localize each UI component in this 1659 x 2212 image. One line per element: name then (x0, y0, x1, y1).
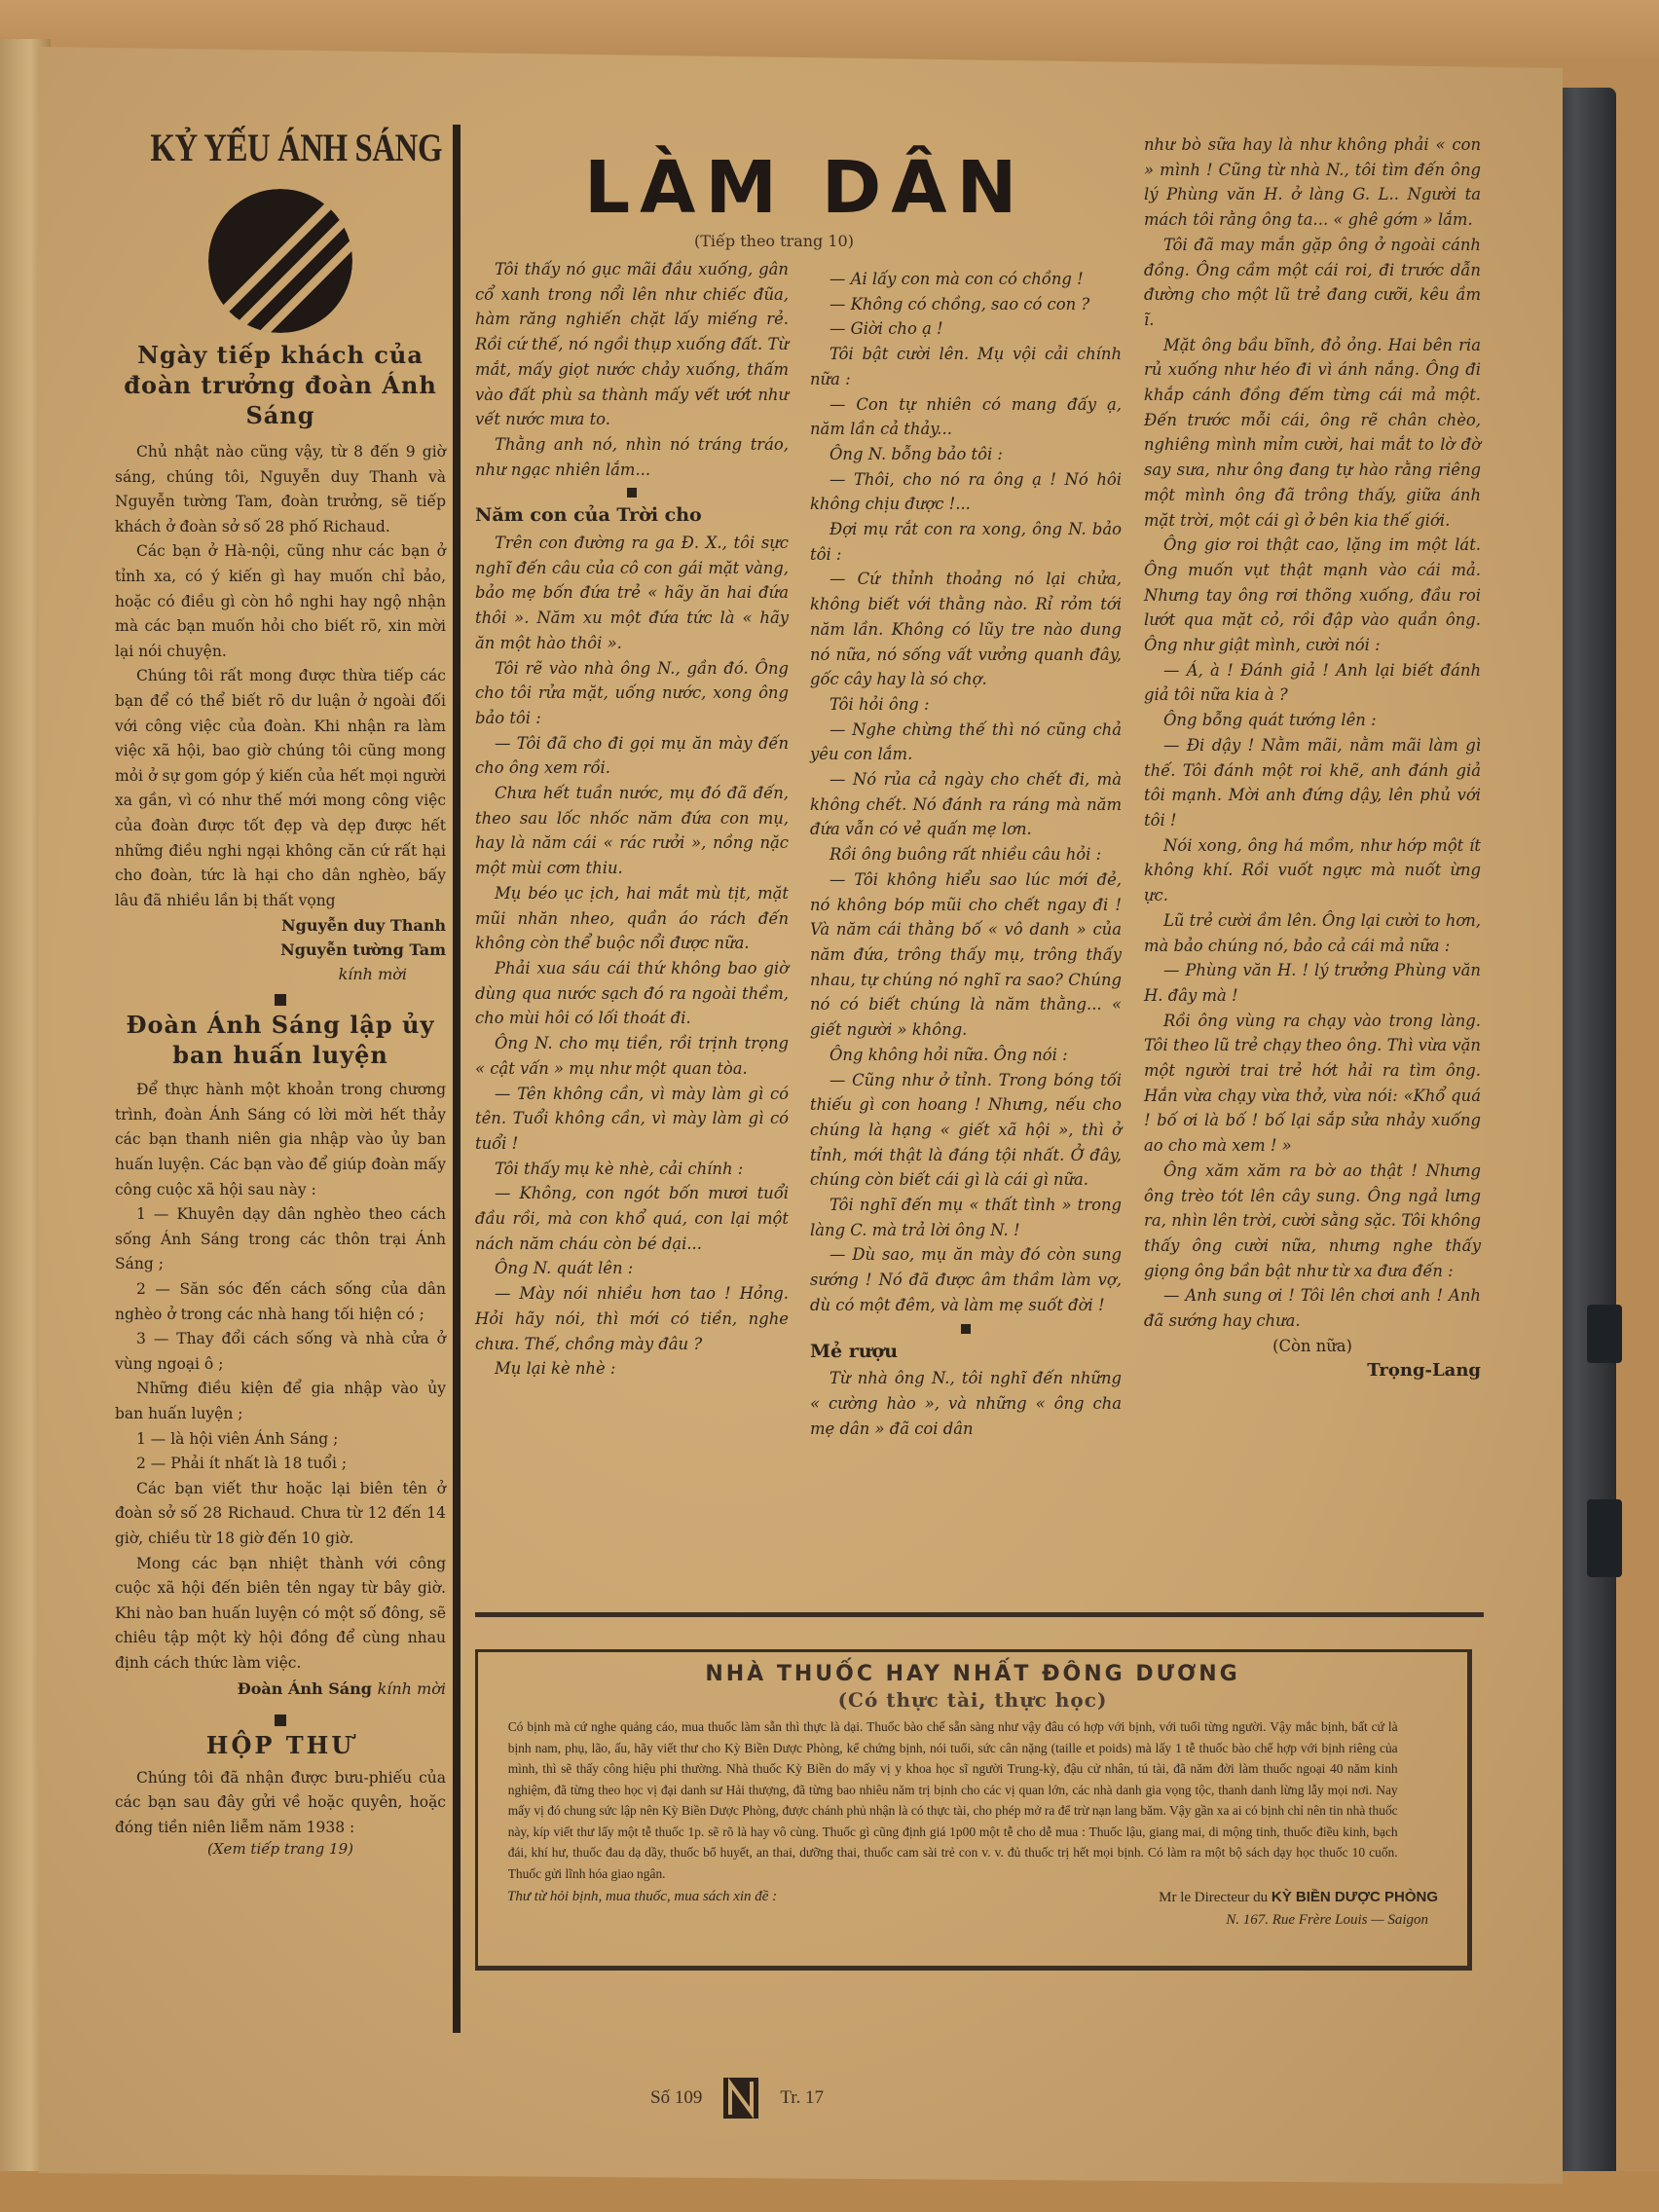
ad-subtitle: (Có thực tài, thực học) (478, 1688, 1467, 1712)
section-heading: HỘP THƯ (115, 1730, 446, 1760)
paragraph: Mụ lại kè nhè : (475, 1356, 789, 1382)
paragraph: Mụ béo ục ịch, hai mắt mù tịt, mặt mũi n… (475, 881, 789, 956)
paragraph: Ông bỗng quát tướng lên : (1144, 708, 1481, 733)
paragraph: Trên con đường ra ga Đ. X., tôi sực nghĩ… (475, 531, 789, 656)
article-column-1: Tôi thấy nó gục mãi đầu xuống, gân cổ xa… (475, 257, 789, 1382)
paragraph: Ông giơ roi thật cao, lặng im một lát. Ô… (1144, 533, 1481, 658)
ad-top-rule (475, 1612, 1484, 1617)
ad-title: NHÀ THUỐC HAY NHẤT ĐÔNG DƯƠNG (478, 1662, 1467, 1686)
paragraph: Tôi nghĩ đến mụ « thất tình » trong làng… (810, 1193, 1122, 1242)
paragraph: — Con tự nhiên có mang đấy ạ, năm lần cả… (810, 392, 1122, 442)
paragraph: Tôi thấy mụ kè nhè, cải chính : (475, 1157, 789, 1182)
paragraph: — Dù sao, mụ ăn mày đó còn sung sướng ! … (810, 1242, 1122, 1317)
paragraph: Chúng tôi rất mong được thừa tiếp các bạ… (115, 664, 446, 913)
paragraph: — Tôi đã cho đi gọi mụ ăn mày đến cho ôn… (475, 731, 789, 781)
paragraph: Phải xua sáu cái thứ không bao giờ dùng … (475, 956, 789, 1031)
paragraph: Từ nhà ông N., tôi nghĩ đến những « cườn… (810, 1366, 1122, 1441)
anh-sang-emblem-icon (203, 188, 358, 334)
signature: Đoàn Ánh Sáng (238, 1679, 372, 1698)
paragraph: 3 — Thay đổi cách sống và nhà cửa ở vùng… (115, 1327, 446, 1377)
paragraph: Các bạn ở Hà-nội, cũng như các bạn ở tỉn… (115, 539, 446, 664)
paragraph: Rồi ông vùng ra chạy vào trong làng. Tôi… (1144, 1009, 1481, 1159)
section-separator (275, 994, 286, 1006)
advertisement-box: NHÀ THUỐC HAY NHẤT ĐÔNG DƯƠNG (Có thực t… (475, 1649, 1472, 1971)
paragraph: Tôi hỏi ông : (810, 692, 1122, 718)
paragraph: — Mày nói nhiều hơn tao ! Hỏng. Hỏi hãy … (475, 1281, 789, 1356)
paragraph: — Thôi, cho nó ra ông ạ ! Nó hôi không c… (810, 467, 1122, 517)
signature-note: kính mời (115, 962, 446, 986)
subsection-heading: Mẻ rượu (810, 1340, 1122, 1365)
ad-recipient-name: KỲ BIỀN DƯỢC PHÒNG (1272, 1889, 1438, 1905)
paragraph: — Cũng như ở tỉnh. Trong bóng tối thiếu … (810, 1068, 1122, 1194)
continued-note: (Xem tiếp trang 19) (115, 1840, 446, 1858)
paragraph: — Nó rủa cả ngày cho chết đi, mà không c… (810, 767, 1122, 842)
paragraph: Thằng anh nó, nhìn nó tráng tráo, như ng… (475, 432, 789, 482)
continued-note: (Còn nữa) (1144, 1334, 1481, 1359)
paragraph: Tôi bật cười lên. Mụ vội cải chính nữa : (810, 342, 1122, 391)
ad-contact-label: Thư từ hỏi bịnh, mua thuốc, mua sách xin… (507, 1889, 777, 1905)
signature: Nguyễn tường Tam (115, 938, 446, 962)
paragraph: Tôi đã may mắn gặp ông ở ngoài cánh đồng… (1144, 233, 1481, 333)
article-column-3: như bò sữa hay là như không phải « con »… (1144, 132, 1481, 1383)
paragraph: Các bạn viết thư hoặc lại biên tên ở đoà… (115, 1477, 446, 1552)
paragraph: Chủ nhật nào cũng vậy, từ 8 đến 9 giờ sá… (115, 440, 446, 539)
page-number: Tr. 17 (780, 2087, 824, 2109)
paragraph: 1 — Khuyên dạy dân nghèo theo cách sống … (115, 1202, 446, 1277)
column-rule (453, 125, 461, 2033)
paragraph: Ông N. cho mụ tiền, rồi trịnh trọng « cậ… (475, 1031, 789, 1081)
paragraph: — Không có chồng, sao có con ? (810, 292, 1122, 317)
paragraph: như bò sữa hay là như không phải « con »… (1144, 132, 1481, 233)
paragraph: 1 — là hội viên Ánh Sáng ; (115, 1427, 446, 1453)
paragraph: Rồi ông buông rất nhiều câu hỏi : (810, 842, 1122, 867)
paragraph: — Anh sung ơi ! Tôi lên chơi anh ! Anh đ… (1144, 1283, 1481, 1333)
binding-tab (1587, 1499, 1622, 1577)
binding-tab (1587, 1305, 1622, 1363)
masthead: KỶ YẾU ÁNH SÁNG (129, 125, 463, 170)
paragraph: — Đi dậy ! Nằm mãi, nằm mãi làm gì thế. … (1144, 733, 1481, 833)
paragraph: 2 — Phải ít nhất là 18 tuổi ; (115, 1452, 446, 1477)
paragraph: Nói xong, ông há mồm, như hớp một ít khô… (1144, 833, 1481, 908)
desk-background (0, 0, 1659, 58)
paragraph: Đợi mụ rắt con ra xong, ông N. bảo tôi : (810, 517, 1122, 567)
article-column-2: — Ai lấy con mà con có chồng !— Không có… (810, 267, 1122, 1441)
issue-number: Số 109 (650, 2087, 702, 2109)
paragraph: Mong các bạn nhiệt thành với công cuộc x… (115, 1552, 446, 1677)
paragraph: — Nghe chừng thế thì nó cũng chả yêu con… (810, 718, 1122, 767)
paragraph: — Tôi không hiểu sao lúc mới đẻ, nó khôn… (810, 867, 1122, 1043)
paragraph: Lũ trẻ cười ầm lên. Ông lại cười to hơn,… (1144, 908, 1481, 958)
paragraph: Ông N. bỗng bảo tôi : (810, 442, 1122, 467)
subsection-heading: Năm con của Trời cho (475, 503, 789, 529)
paragraph: Ông xăm xăm ra bờ ao thật ! Nhưng ông tr… (1144, 1159, 1481, 1284)
paragraph: — Á, à ! Đánh giả ! Anh lại biết đánh gi… (1144, 658, 1481, 708)
paragraph: Tôi rẽ vào nhà ông N., gần đó. Ông cho t… (475, 656, 789, 731)
paragraph: — Giời cho ạ ! (810, 316, 1122, 342)
signature-note: kính mời (378, 1679, 446, 1698)
paragraph: Để thực hành một khoản trong chương trìn… (115, 1078, 446, 1202)
ad-body: Có bịnh mà cứ nghe quảng cáo, mua thuốc … (478, 1717, 1427, 1885)
paragraph: Chúng tôi đã nhận được bưu-phiếu của các… (115, 1766, 446, 1841)
paragraph: Mặt ông bầu bĩnh, đỏ ỏng. Hai bên ria rủ… (1144, 333, 1481, 534)
ngay-nay-monogram-icon (721, 2076, 760, 2120)
paragraph: Ông không hỏi nữa. Ông nói : (810, 1043, 1122, 1068)
author-byline: Trọng-Lang (1144, 1358, 1481, 1383)
signature: Nguyễn duy Thanh (115, 913, 446, 938)
section-separator (627, 488, 637, 498)
paragraph: 2 — Săn sóc đến cách sống của dân nghèo … (115, 1277, 446, 1327)
paragraph: — Tên không cần, vì mày làm gì có tên. T… (475, 1082, 789, 1157)
ad-recipient-prefix: Mr le Directeur du (1159, 1890, 1268, 1905)
ad-address: N. 167. Rue Frère Louis — Saigon (1226, 1912, 1428, 1929)
paragraph: — Ai lấy con mà con có chồng ! (810, 267, 1122, 292)
section-separator (961, 1324, 971, 1334)
paragraph: — Phùng văn H. ! lý trưởng Phùng văn H. … (1144, 958, 1481, 1008)
paragraph: — Không, con ngót bốn mươi tuổi đầu rồi,… (475, 1181, 789, 1256)
paragraph: Chưa hết tuần nước, mụ đó đã đến, theo s… (475, 781, 789, 881)
paragraph: — Cứ thỉnh thoảng nó lại chửa, không biế… (810, 567, 1122, 692)
section-heading: Đoàn Ánh Sáng lập ủy ban huấn luyện (115, 1010, 446, 1070)
article-title: LÀM DÂN (584, 146, 1026, 230)
paragraph: Những điều kiện để gia nhập vào ủy ban h… (115, 1377, 446, 1426)
page-footer: Số 109 Tr. 17 (650, 2076, 824, 2120)
paragraph: Tôi thấy nó gục mãi đầu xuống, gân cổ xa… (475, 257, 789, 432)
section-heading: Ngày tiếp khách của đoàn trưởng đoàn Ánh… (115, 340, 446, 430)
left-column: KỶ YẾU ÁNH SÁNG Ngày tiếp khách của đoàn… (115, 125, 446, 1858)
section-separator (275, 1714, 286, 1726)
continued-from: (Tiếp theo trang 10) (694, 232, 854, 250)
paragraph: Ông N. quát lên : (475, 1256, 789, 1281)
